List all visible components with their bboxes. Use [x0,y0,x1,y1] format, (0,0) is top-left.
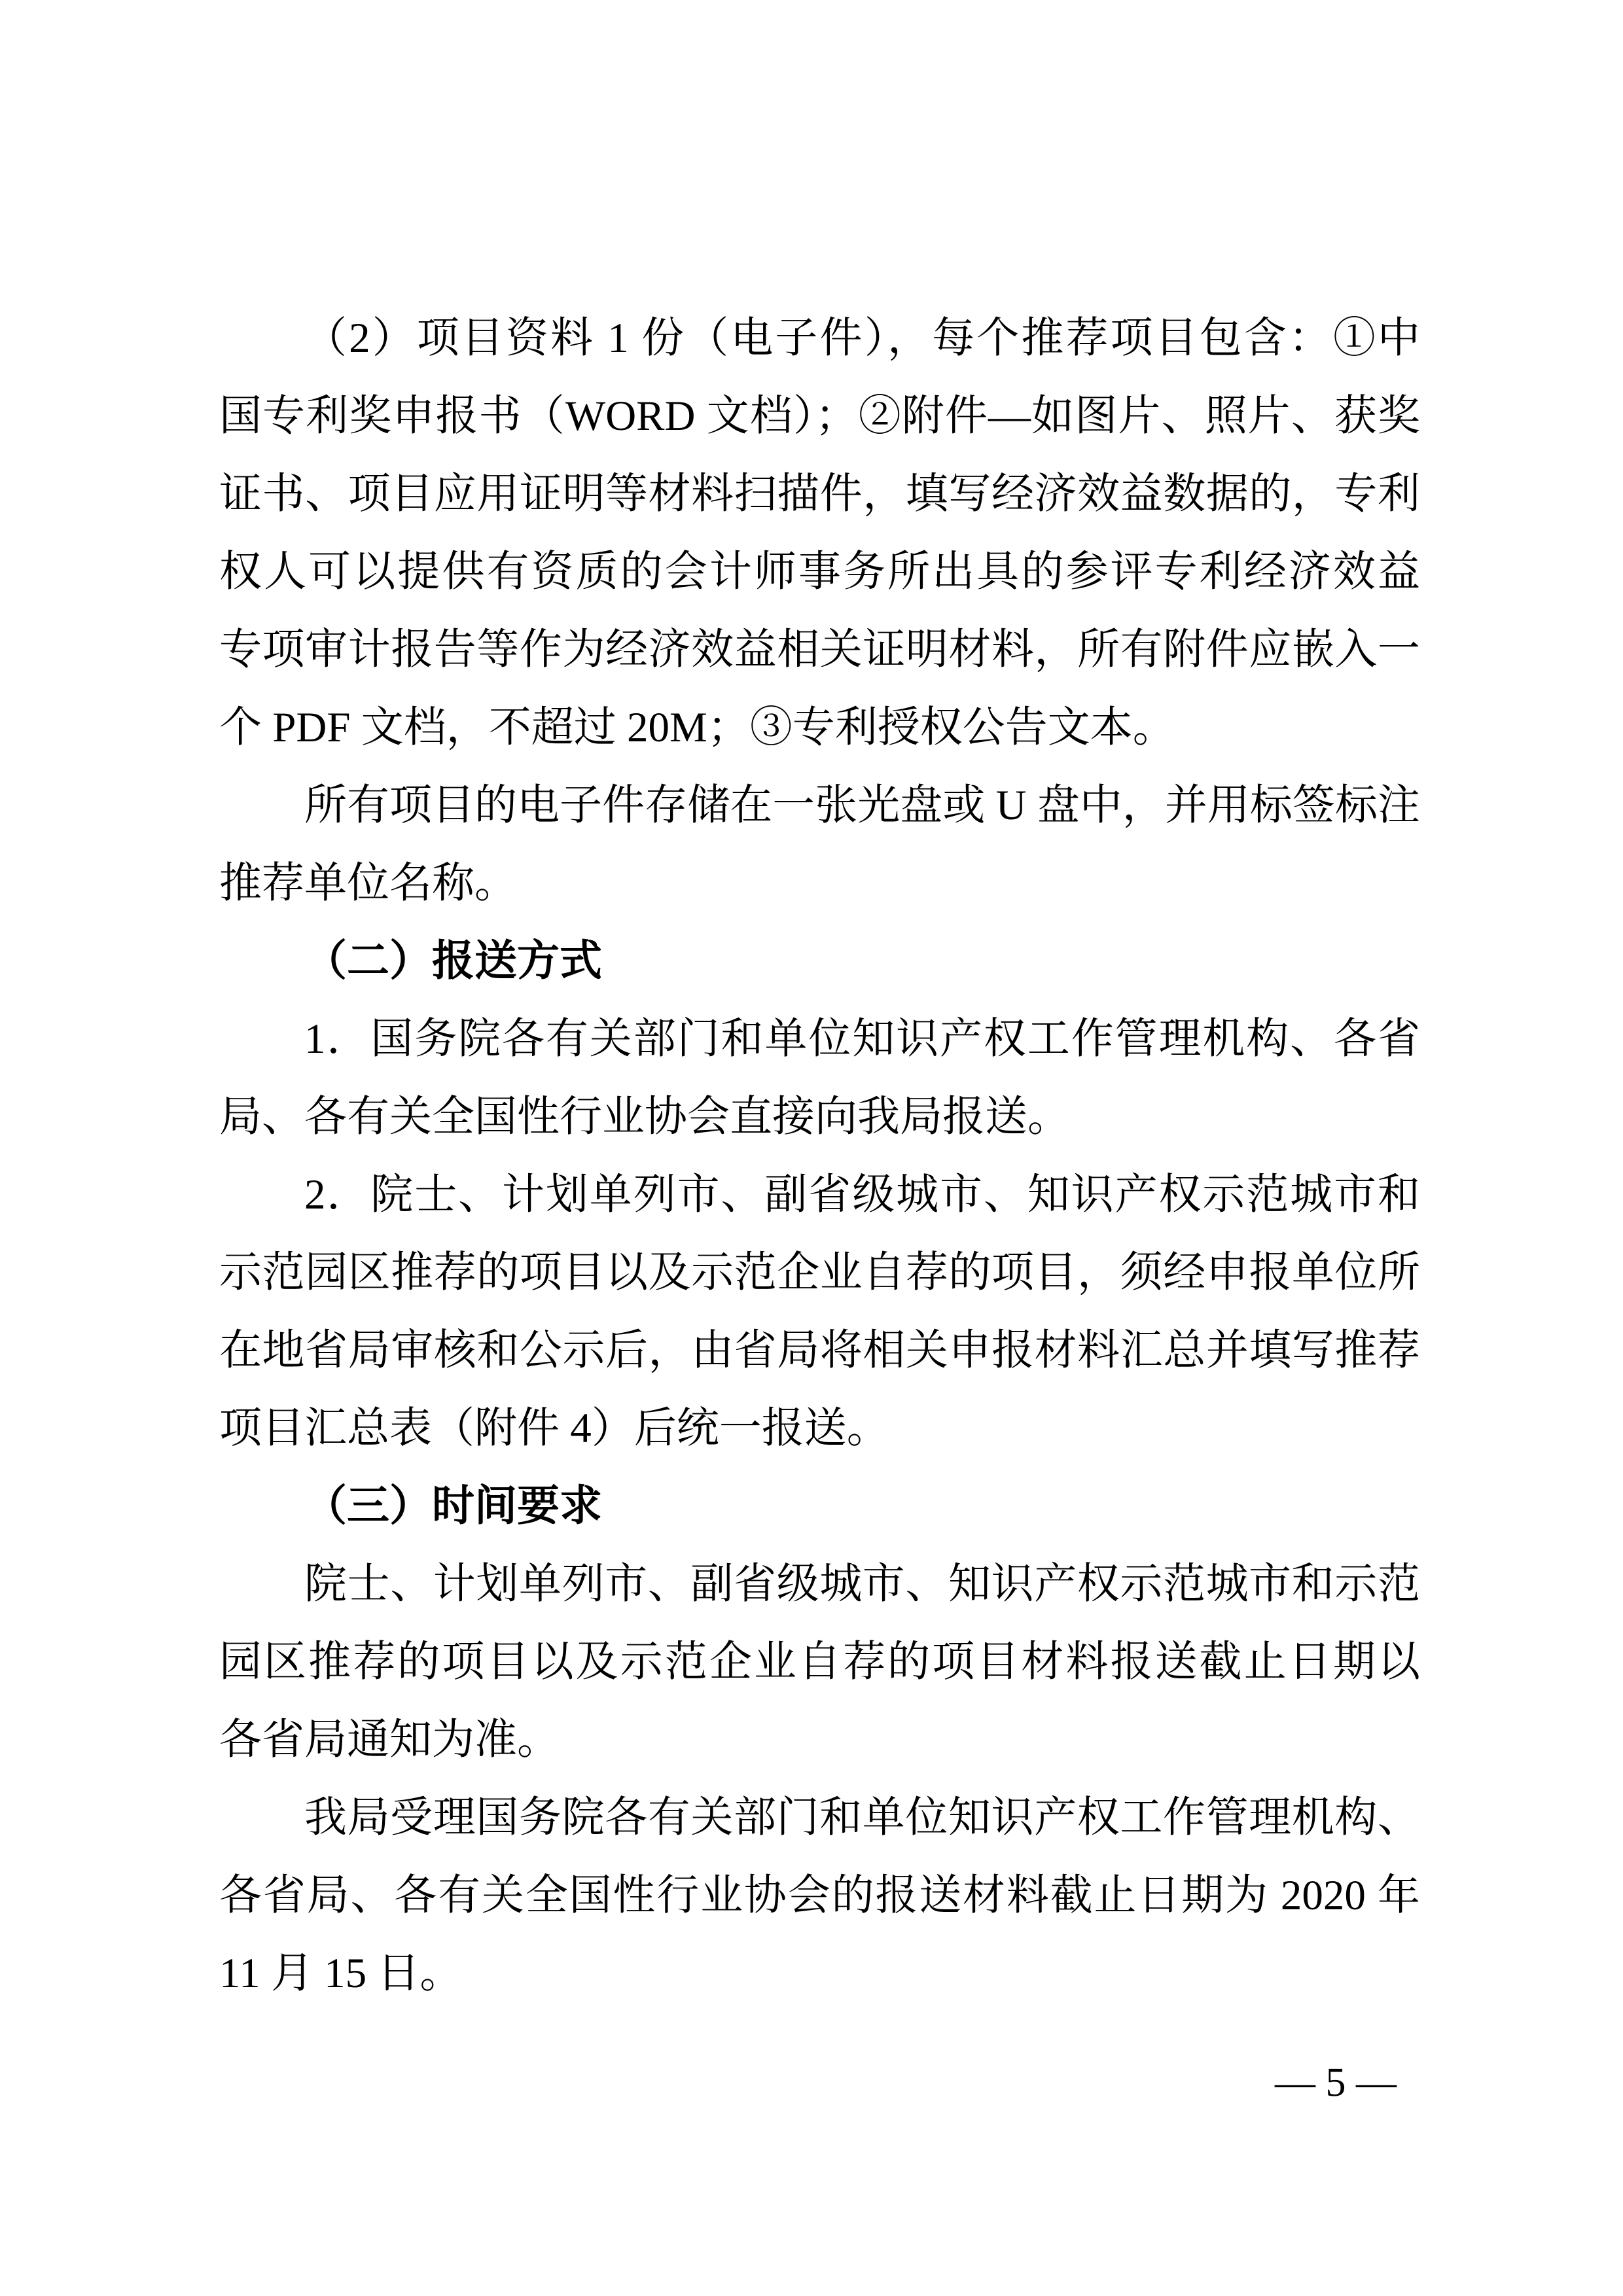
section-heading: （二）报送方式 [219,923,1420,1000]
text-line: 各省局、各有关全国性行业协会的报送材料截止日期为 2020 年 [219,1857,1420,1935]
text-line: 国专利奖申报书（WORD 文档）；②附件—如图片、照片、获奖 [219,378,1420,455]
text-line: 在地省局审核和公示后，由省局将相关申报材料汇总并填写推荐 [219,1312,1420,1390]
text-line: 局、各有关全国性行业协会直接向我局报送。 [219,1078,1420,1156]
section-heading: （三）时间要求 [219,1468,1420,1545]
text-line: 园区推荐的项目以及示范企业自荐的项目材料报送截止日期以 [219,1623,1420,1701]
document-body: （2）项目资料 1 份（电子件），每个推荐项目包含：①中国专利奖申报书（WORD… [219,300,1420,2013]
page-number: — 5 — [1275,2060,1397,2105]
text-line: 1．国务院各有关部门和单位知识产权工作管理机构、各省 [219,1000,1420,1078]
text-line: 专项审计报告等作为经济效益相关证明材料，所有附件应嵌入一 [219,611,1420,689]
text-line: 所有项目的电子件存储在一张光盘或 U 盘中，并用标签标注 [219,767,1420,845]
text-line: 11 月 15 日。 [219,1935,1420,2013]
text-line: 院士、计划单列市、副省级城市、知识产权示范城市和示范 [219,1545,1420,1623]
text-line: 项目汇总表（附件 4）后统一报送。 [219,1390,1420,1468]
text-line: 个 PDF 文档，不超过 20M；③专利授权公告文本。 [219,689,1420,767]
text-line: 权人可以提供有资质的会计师事务所出具的参评专利经济效益 [219,533,1420,611]
text-line: 示范园区推荐的项目以及示范企业自荐的项目，须经申报单位所 [219,1234,1420,1312]
text-line: 证书、项目应用证明等材料扫描件，填写经济效益数据的，专利 [219,455,1420,533]
text-line: 2．院士、计划单列市、副省级城市、知识产权示范城市和 [219,1156,1420,1234]
page-footer: — 5 — [1275,2058,1397,2107]
document-page: （2）项目资料 1 份（电子件），每个推荐项目包含：①中国专利奖申报书（WORD… [0,0,1623,2296]
text-line: 推荐单位名称。 [219,845,1420,923]
text-line: 我局受理国务院各有关部门和单位知识产权工作管理机构、 [219,1779,1420,1857]
text-line: （2）项目资料 1 份（电子件），每个推荐项目包含：①中 [219,300,1420,378]
text-line: 各省局通知为准。 [219,1701,1420,1779]
